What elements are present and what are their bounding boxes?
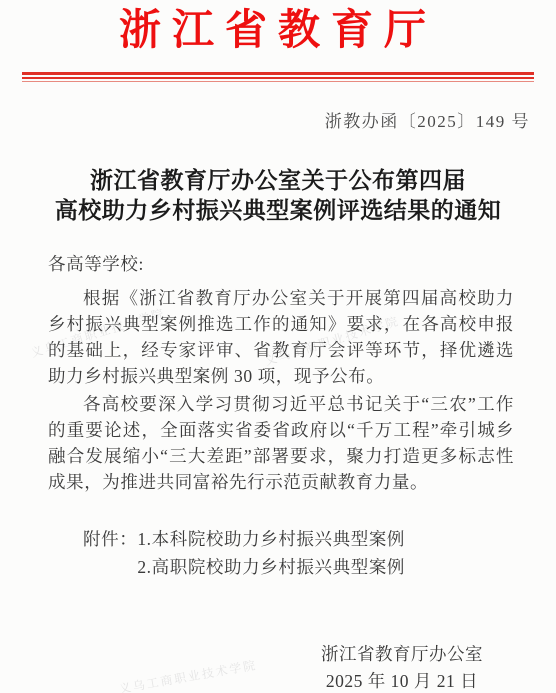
issuing-office: 浙江省教育厅办公室 [316, 641, 488, 668]
attachment-item-1: 1.本科院校助力乡村振兴典型案例 [137, 525, 405, 553]
attachment-item-2: 2.高职院校助力乡村振兴典型案例 [137, 553, 405, 581]
attachment-list: 1.本科院校助力乡村振兴典型案例 2.高职院校助力乡村振兴典型案例 [137, 525, 405, 581]
notice-title: 浙江省教育厅办公室关于公布第四届 高校助力乡村振兴典型案例评选结果的通知 [0, 166, 556, 226]
attachment-block: 附件： 1.本科院校助力乡村振兴典型案例 2.高职院校助力乡村振兴典型案例 [0, 525, 556, 581]
separator-line-thin [22, 81, 534, 82]
body-paragraph-2: 各高校要深入学习贯彻习近平总书记关于“三农”工作的重要论述，全面落实省委省政府以… [48, 391, 514, 495]
addressee-line: 各高等学校: [0, 252, 556, 276]
separator-line-medium [22, 77, 534, 79]
body-paragraph-1: 根据《浙江省教育厅办公室关于开展第四届高校助力乡村振兴典型案例推选工作的通知》要… [48, 285, 514, 389]
document-body: 各高等学校: 根据《浙江省教育厅办公室关于开展第四届高校助力乡村振兴典型案例推选… [0, 252, 556, 581]
watermark-text: 义乌工商职业技术学院 [118, 656, 259, 693]
attachment-label: 附件： [83, 525, 137, 581]
letterhead-separator [22, 72, 534, 82]
notice-title-line1: 浙江省教育厅办公室关于公布第四届 [0, 166, 556, 196]
notice-title-line2: 高校助力乡村振兴典型案例评选结果的通知 [0, 196, 556, 226]
separator-line-thick [22, 72, 534, 75]
issue-date: 2025 年 10 月 21 日 [316, 668, 488, 693]
signature-block: 浙江省教育厅办公室 2025 年 10 月 21 日 [316, 641, 488, 693]
document-number: 浙教办函〔2025〕149 号 [0, 111, 556, 133]
official-document-page: 义乌工商职业技术学院 义乌工商职业技术学院 义乌工商职业技术学院 浙江省教育厅 … [0, 0, 556, 693]
letterhead-agency-name: 浙江省教育厅 [0, 0, 556, 59]
